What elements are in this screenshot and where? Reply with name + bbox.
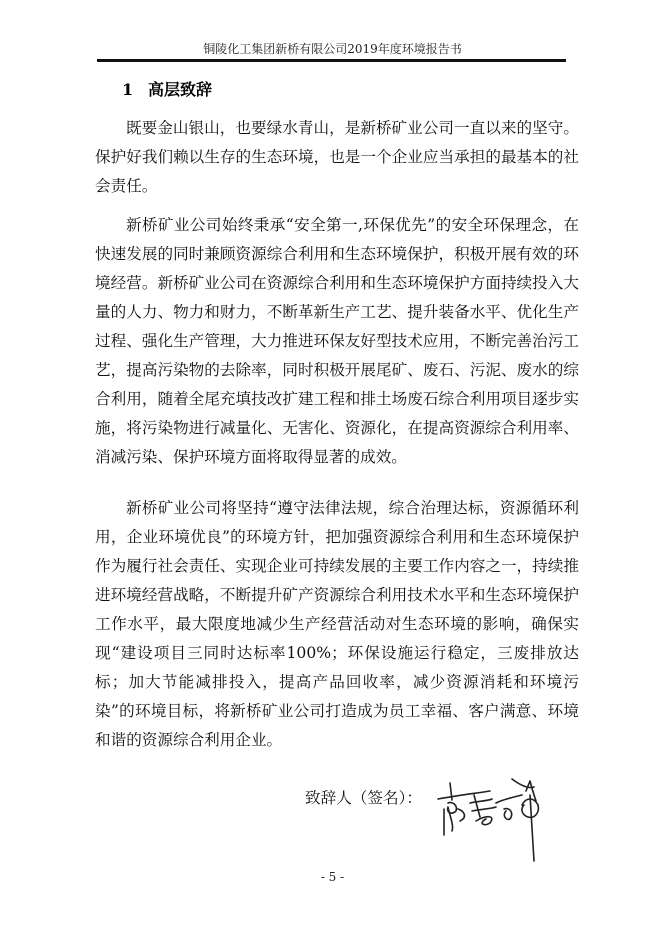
page-number: - 5 - <box>0 870 665 884</box>
section-number: 1 <box>122 80 148 99</box>
section-title: 高层致辞 <box>148 80 212 99</box>
header-rule <box>97 59 566 62</box>
running-header-title: 铜陵化工集团新桥有限公司2019年度环境报告书 <box>0 40 665 57</box>
paragraph-3: 新桥矿业公司将坚持“遵守法律法规，综合治理达标，资源循环利用，企业环境优良”的环… <box>95 494 579 755</box>
paragraph-1: 既要金山银山，也要绿水青山，是新桥矿业公司一直以来的坚守。保护好我们赖以生存的生… <box>95 114 579 201</box>
signature-label: 致辞人（签名）： <box>305 786 422 808</box>
paragraph-2: 新桥矿业公司始终秉承“安全第一,环保优先”的安全环保理念，在快速发展的同时兼顾资… <box>95 211 579 472</box>
handwritten-signature-image <box>430 765 565 865</box>
section-heading: 1高层致辞 <box>122 77 212 100</box>
